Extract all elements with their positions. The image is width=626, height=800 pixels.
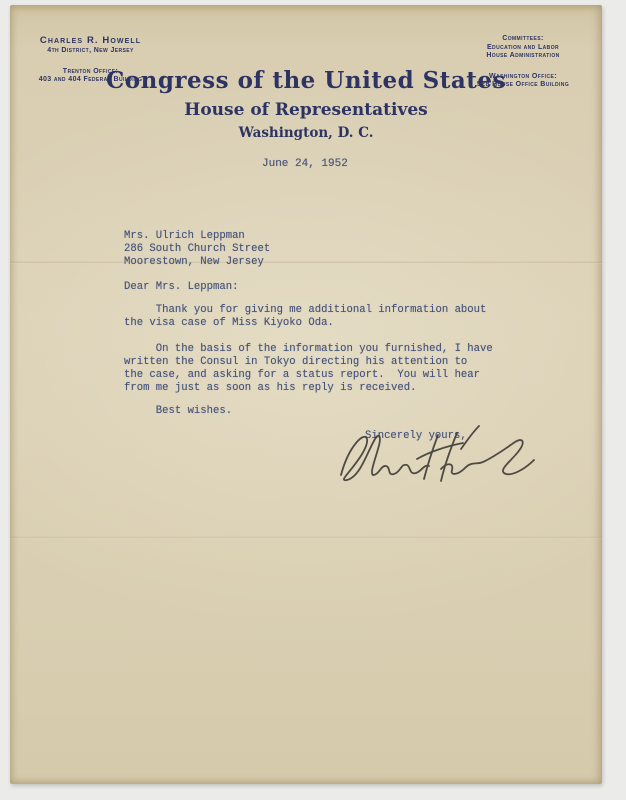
masthead: Congress of the United States House of R… bbox=[10, 68, 602, 141]
member-district: 4th District, New Jersey bbox=[18, 47, 163, 56]
letter-date: June 24, 1952 bbox=[262, 158, 348, 171]
signature-handwriting bbox=[325, 423, 539, 495]
letter-paper: Charles R. Howell 4th District, New Jers… bbox=[10, 5, 602, 784]
masthead-city: Washington, D. C. bbox=[10, 125, 602, 141]
masthead-congress: Congress of the United States bbox=[10, 68, 602, 94]
committees-label: Committees: bbox=[447, 35, 599, 44]
spacer bbox=[18, 56, 163, 68]
salutation: Dear Mrs. Leppman: bbox=[124, 281, 238, 294]
committee-item: House Administration bbox=[447, 52, 599, 61]
masthead-house: House of Representatives bbox=[10, 100, 602, 120]
fold-crease-bottom bbox=[10, 536, 602, 539]
committee-item: Education and Labor bbox=[447, 44, 599, 53]
body-paragraph: Best wishes. bbox=[124, 405, 232, 418]
scanned-letter: Charles R. Howell 4th District, New Jers… bbox=[0, 0, 626, 800]
signature-icon bbox=[325, 423, 539, 495]
recipient-address: Mrs. Ulrich Leppman 286 South Church Str… bbox=[124, 230, 270, 269]
body-paragraph: Thank you for giving me additional infor… bbox=[124, 304, 486, 330]
fold-crease-top bbox=[10, 261, 602, 264]
member-name: Charles R. Howell bbox=[18, 36, 163, 46]
body-paragraph: On the basis of the information you furn… bbox=[124, 343, 493, 395]
